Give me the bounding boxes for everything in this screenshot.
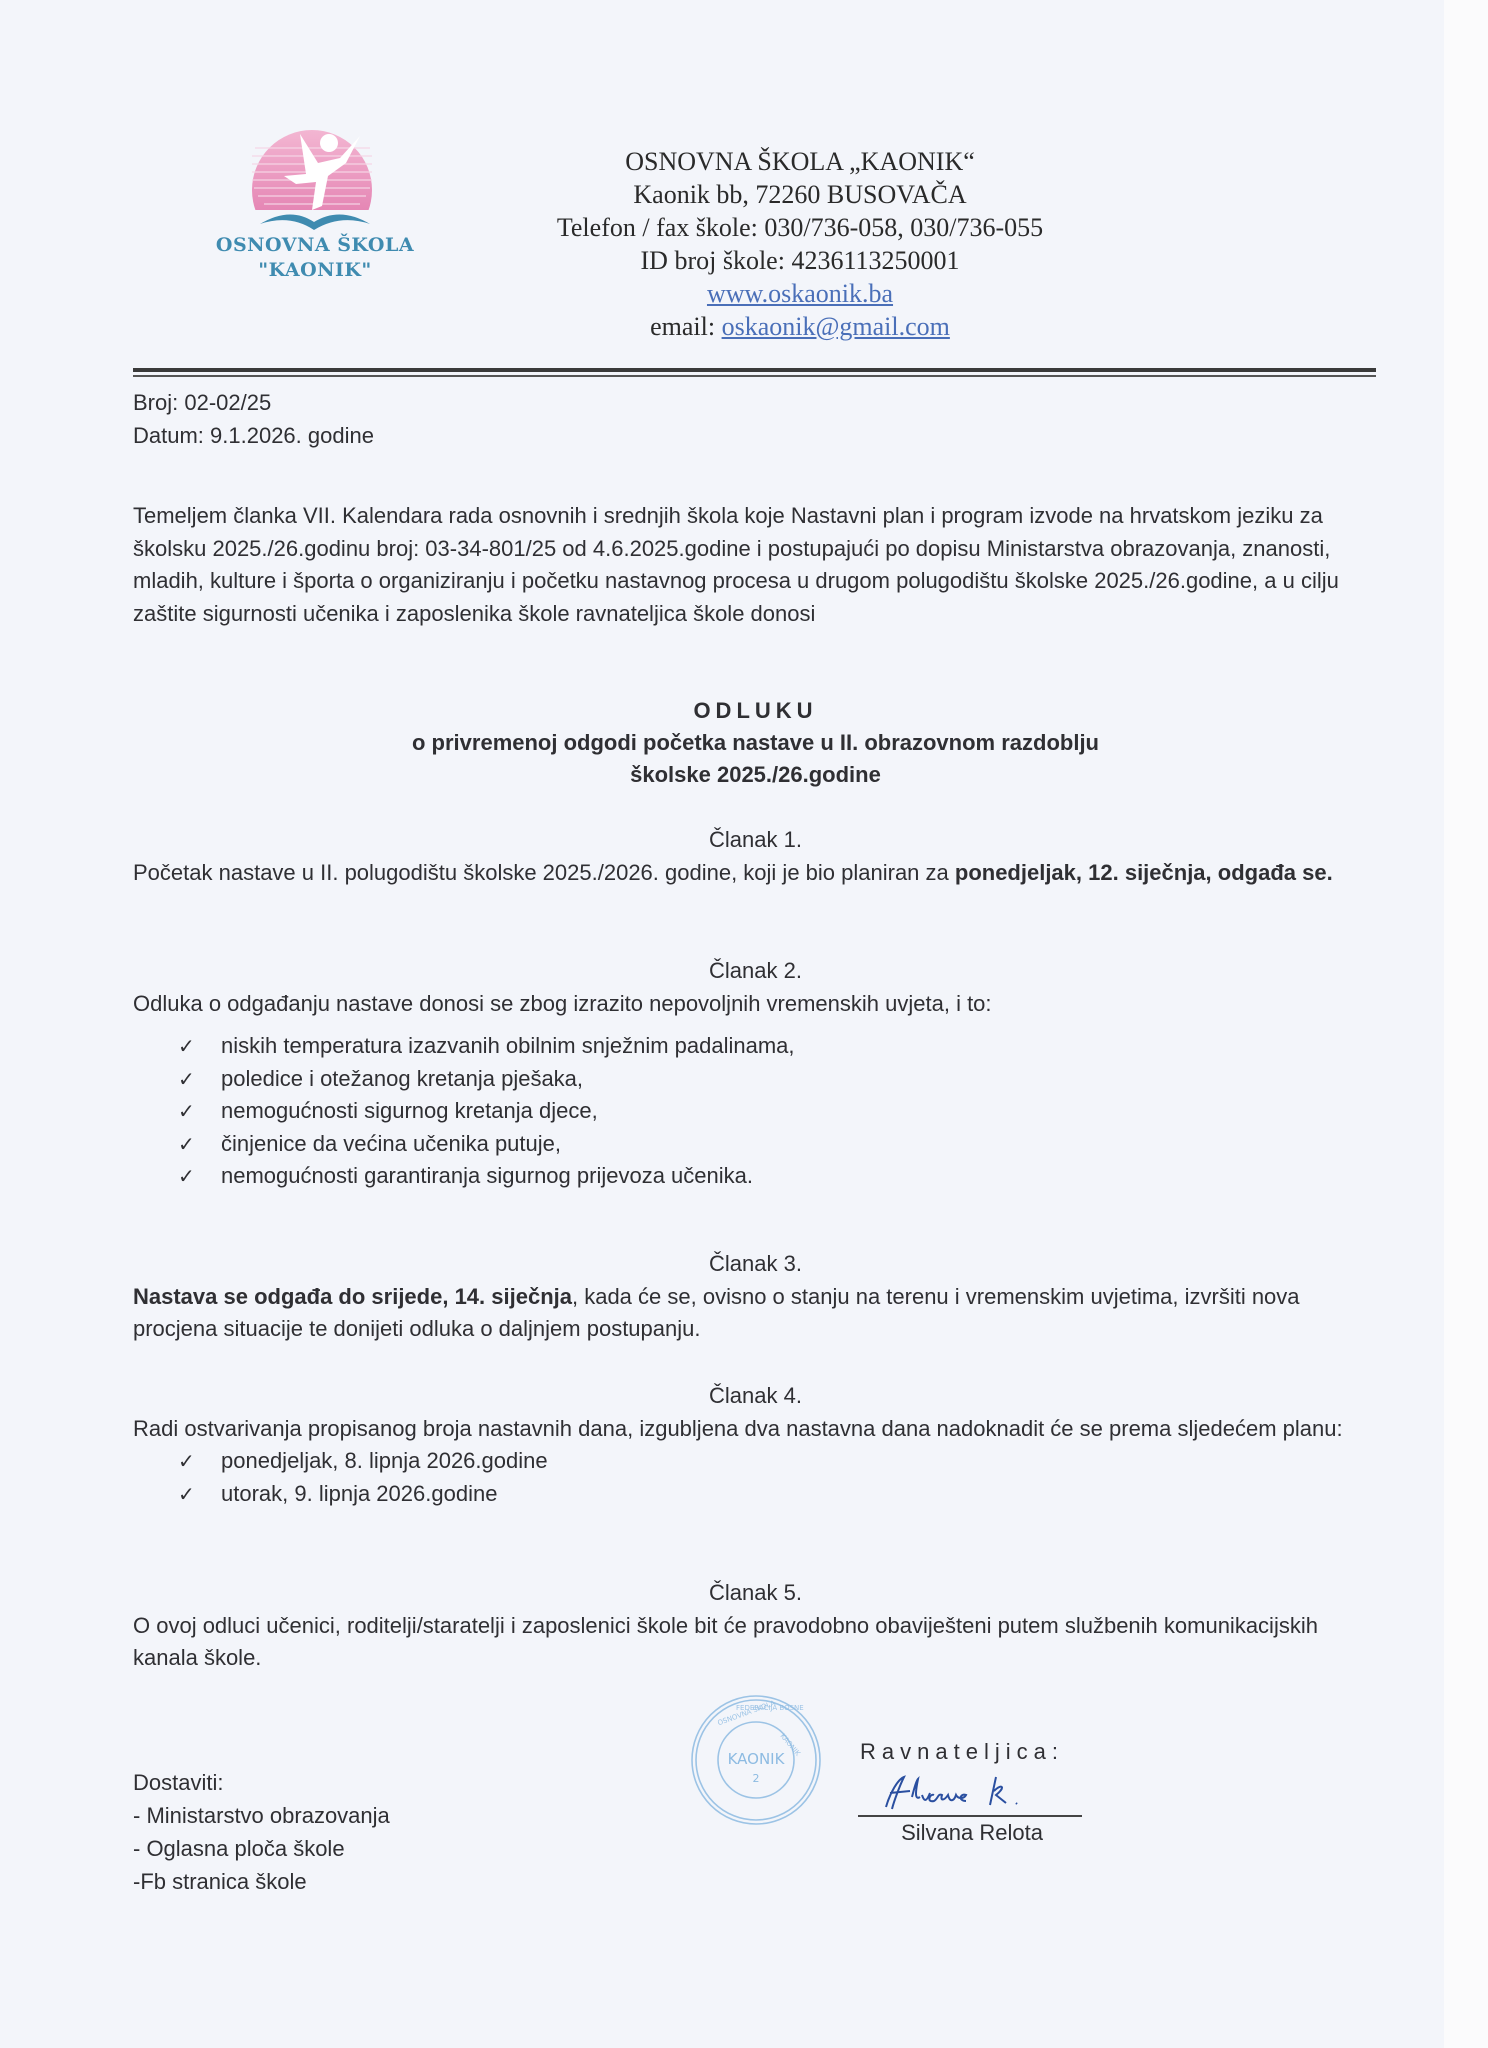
official-stamp-icon: FEDERACIJA BOSNE OSNOVNA ŠKOLA KAONIK KA…	[688, 1692, 824, 1828]
document-date: Datum: 9.1.2026. godine	[133, 419, 374, 452]
article-3: Članak 3. Nastava se odgađa do srijede, …	[133, 1248, 1378, 1346]
delivery-label: Dostaviti:	[133, 1766, 390, 1799]
signature-icon	[860, 1767, 1090, 1815]
website-link[interactable]: www.oskaonik.ba	[707, 279, 893, 308]
letterhead: OSNOVNA ŠKOLA „KAONIK“ Kaonik bb, 72260 …	[470, 145, 1130, 343]
decision-heading: ODLUKU	[133, 695, 1378, 727]
decision-title: ODLUKU o privremenoj odgodi početka nast…	[133, 695, 1378, 791]
delivery-list: Dostaviti: - Ministarstvo obrazovanja - …	[133, 1766, 390, 1898]
article-heading: Članak 3.	[133, 1248, 1378, 1281]
email-label: email:	[650, 312, 721, 341]
school-phone: Telefon / fax škole: 030/736-058, 030/73…	[470, 211, 1130, 244]
list-item: ✓nemogućnosti garantiranja sigurnog prij…	[178, 1160, 1378, 1193]
stamp-number: 2	[753, 1772, 760, 1785]
list-item: ✓niskih temperatura izazvanih obilnim sn…	[178, 1030, 1378, 1063]
article-heading: Članak 2.	[133, 955, 1378, 988]
delivery-item: - Oglasna ploča škole	[133, 1832, 390, 1865]
article-heading: Članak 4.	[133, 1380, 1378, 1413]
document-meta: Broj: 02-02/25 Datum: 9.1.2026. godine	[133, 386, 374, 452]
list-item: ✓nemogućnosti sigurnog kretanja djece,	[178, 1095, 1378, 1128]
scan-edge	[1444, 0, 1488, 2048]
check-icon: ✓	[178, 1063, 195, 1096]
school-id: ID broj škole: 4236113250001	[470, 244, 1130, 277]
check-icon: ✓	[178, 1160, 195, 1193]
logo-line-2: "KAONIK"	[190, 258, 440, 283]
header-divider	[133, 368, 1376, 372]
list-item: ✓utorak, 9. lipnja 2026.godine	[178, 1478, 1378, 1511]
check-icon: ✓	[178, 1030, 195, 1063]
article-text-regular: Početak nastave u II. polugodištu školsk…	[133, 860, 955, 885]
makeup-days-list: ✓ponedjeljak, 8. lipnja 2026.godine ✓uto…	[133, 1445, 1378, 1510]
list-item-text: činjenice da većina učenika putuje,	[221, 1131, 561, 1156]
article-5: Članak 5. O ovoj odluci učenici, roditel…	[133, 1577, 1378, 1675]
list-item-text: poledice i otežanog kretanja pješaka,	[221, 1066, 583, 1091]
list-item: ✓poledice i otežanog kretanja pješaka,	[178, 1063, 1378, 1096]
article-1: Članak 1. Početak nastave u II. polugodi…	[133, 824, 1378, 889]
check-icon: ✓	[178, 1445, 195, 1478]
list-item-text: nemogućnosti garantiranja sigurnog prije…	[221, 1163, 753, 1188]
list-item-text: ponedjeljak, 8. lipnja 2026.godine	[221, 1448, 548, 1473]
logo-line-1: OSNOVNA ŠKOLA	[190, 233, 440, 258]
check-icon: ✓	[178, 1128, 195, 1161]
article-text: O ovoj odluci učenici, roditelji/starate…	[133, 1610, 1378, 1675]
article-text-bold: ponedjeljak, 12. siječnja, odgađa se.	[955, 860, 1333, 885]
list-item: ✓ponedjeljak, 8. lipnja 2026.godine	[178, 1445, 1378, 1478]
stamp-text: KAONIK	[728, 1750, 786, 1768]
decision-subtitle-1: o privremenoj odgodi početka nastave u I…	[133, 727, 1378, 759]
list-item-text: utorak, 9. lipnja 2026.godine	[221, 1481, 497, 1506]
article-heading: Članak 5.	[133, 1577, 1378, 1610]
document-number: Broj: 02-02/25	[133, 386, 374, 419]
handwritten-signature	[860, 1767, 1080, 1815]
article-2: Članak 2. Odluka o odgađanju nastave don…	[133, 955, 1378, 1193]
check-icon: ✓	[178, 1095, 195, 1128]
check-icon: ✓	[178, 1478, 195, 1511]
school-name: OSNOVNA ŠKOLA „KAONIK“	[470, 145, 1130, 178]
article-text: Nastava se odgađa do srijede, 14. siječn…	[133, 1281, 1378, 1346]
article-text: Odluka o odgađanju nastave donosi se zbo…	[133, 988, 1378, 1021]
list-item: ✓činjenice da većina učenika putuje,	[178, 1128, 1378, 1161]
article-4: Članak 4. Radi ostvarivanja propisanog b…	[133, 1380, 1378, 1510]
list-item-text: niskih temperatura izazvanih obilnim snj…	[221, 1033, 795, 1058]
article-heading: Članak 1.	[133, 824, 1378, 857]
article-text: Radi ostvarivanja propisanog broja nasta…	[133, 1413, 1378, 1446]
article-text-bold: Nastava se odgađa do srijede, 14. siječn…	[133, 1284, 572, 1309]
header-divider-thin	[133, 375, 1376, 377]
decision-subtitle-2: školske 2025./26.godine	[133, 759, 1378, 791]
reasons-list: ✓niskih temperatura izazvanih obilnim sn…	[133, 1030, 1378, 1193]
signatory-name: Silvana Relota	[860, 1817, 1084, 1849]
list-item-text: nemogućnosti sigurnog kretanja djece,	[221, 1098, 598, 1123]
signature-role: Ravnateljica:	[860, 1737, 1080, 1767]
document-page: OSNOVNA ŠKOLA "KAONIK" OSNOVNA ŠKOLA „KA…	[0, 0, 1444, 2048]
logo-text: OSNOVNA ŠKOLA "KAONIK"	[190, 233, 440, 283]
school-address: Kaonik bb, 72260 BUSOVAČA	[470, 178, 1130, 211]
delivery-item: - Ministarstvo obrazovanja	[133, 1799, 390, 1832]
intro-paragraph: Temeljem članka VII. Kalendara rada osno…	[133, 500, 1378, 630]
email-link[interactable]: oskaonik@gmail.com	[722, 312, 950, 341]
signature-block: Ravnateljica: Silvana Relota	[860, 1737, 1080, 1849]
delivery-item: -Fb stranica škole	[133, 1865, 390, 1898]
article-text: Početak nastave u II. polugodištu školsk…	[133, 857, 1378, 890]
